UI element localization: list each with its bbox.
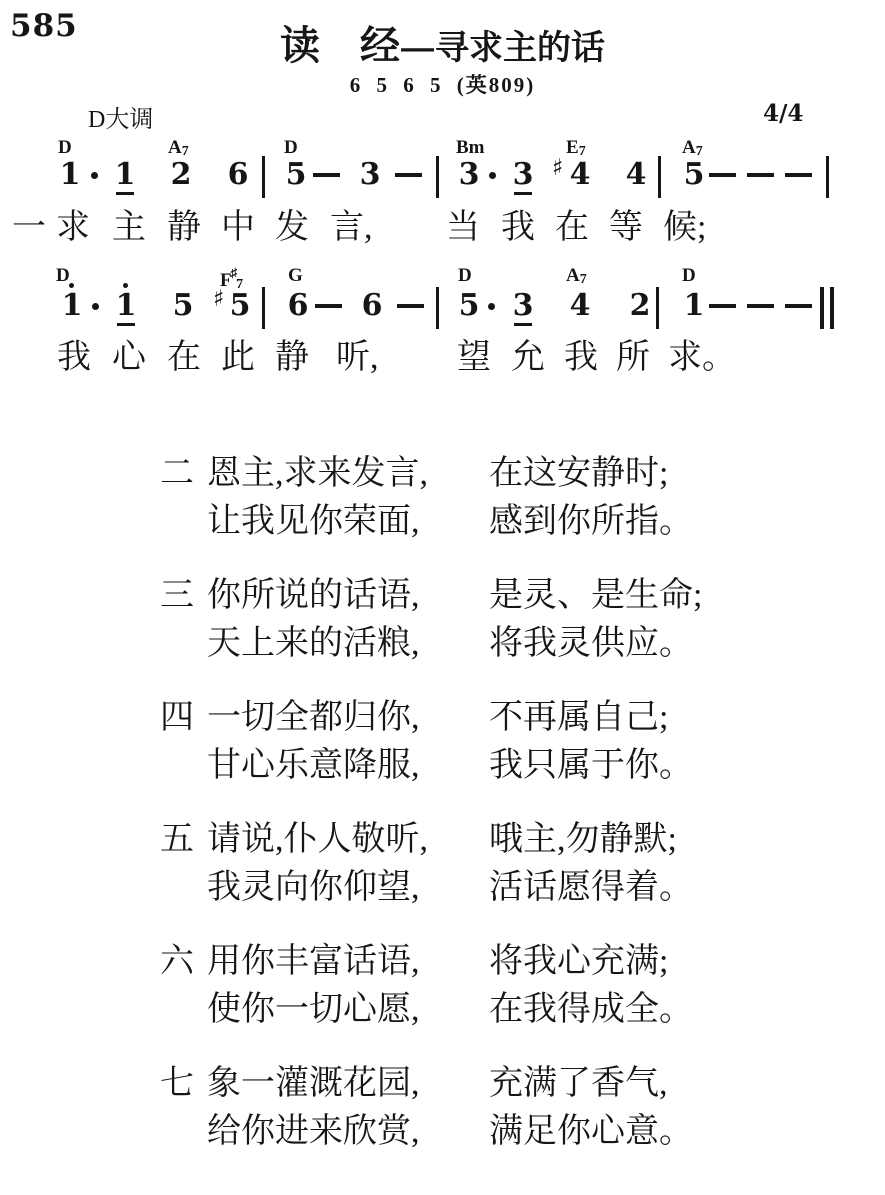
note: 4 [569,291,591,321]
note: 2 [170,160,192,190]
chord-label: G [288,266,303,287]
barline [658,156,661,198]
note-dash [395,173,422,177]
note: 5 [458,291,480,321]
note-eighth: 1 [114,160,136,190]
note-dash [785,304,812,308]
lyric-char: 主 [112,211,146,245]
verse-line: 不再属自己; [489,699,668,736]
sharp-accidental: ♯ [552,157,563,180]
augmentation-dot [488,303,495,310]
verse-line: 使你一切心愿, [207,991,420,1028]
verse-number: 二 [160,455,194,492]
title-main: 读 经 [280,24,400,68]
chord-label: D [458,266,472,287]
verse-line: 请说,仆人敬听, [207,821,428,858]
key-signature: D大调 [88,99,153,134]
verse-line: 我只属于你。 [489,747,693,784]
verse-line: 满足你心意。 [489,1113,693,1150]
note: 5 [229,291,251,321]
augmentation-dot [92,303,99,310]
verse-line: 将我灵供应。 [489,625,693,662]
barline [436,156,439,198]
page-title: 读 经—寻求主的话 [0,14,885,71]
lyric-char: 允 [511,341,545,375]
lyric-char: 静 [275,341,309,375]
lyric-char: 我 [564,341,598,375]
note: 5 [683,160,705,190]
verse-line: 哦主,勿静默; [489,821,677,858]
verse-line: 象一灌溉花园, [207,1065,420,1102]
lyric-char: 听, [336,341,379,375]
note: 1 [683,291,705,321]
final-double-barline [820,287,834,329]
note: 3 [359,160,381,190]
note: 6 [361,291,383,321]
verse-line: 甘心乐意降服, [207,747,420,784]
note: 4 [569,160,591,190]
sharp-accidental: ♯ [213,288,224,311]
note-high-octave-eighth: 1 [115,291,137,321]
barline [262,156,265,198]
verse-line: 是灵、是生命; [489,577,702,614]
verse-line: 恩主,求来发言, [207,455,428,492]
note-eighth: 3 [512,160,534,190]
chord-label: D [682,266,696,287]
verse-line: 感到你所指。 [489,503,693,540]
barline [826,156,829,198]
time-signature: 4/4 [763,100,803,127]
verse-line: 给你进来欣赏, [207,1113,420,1150]
hymn-page: 585 读 经—寻求主的话 6 5 6 5 (英809) D大调 4/4 D A… [0,0,885,1195]
verse-line: 充满了香气, [489,1065,668,1102]
verse-line: 用你丰富话语, [207,943,420,980]
note-dash [313,173,340,177]
note: 3 [458,160,480,190]
lyric-char: 我 [501,211,535,245]
lyric-char: 言, [330,211,373,245]
barline [436,287,439,329]
verse-line: 天上来的活粮, [207,625,420,662]
note: 4 [625,160,647,190]
note: 1 [59,160,81,190]
verse-line: 一切全都归你, [207,699,420,736]
verse-line: 在这安静时; [489,455,668,492]
chord-label: D [58,138,72,159]
meter-info: 6 5 6 5 (英809) [0,69,885,99]
chord-label: A7 [682,138,703,159]
lyric-char: 发 [275,211,309,245]
lyric-char: 我 [57,341,91,375]
verse-number: 三 [160,577,194,614]
lyric-char: 求 [56,211,90,245]
augmentation-dot [91,172,98,179]
note-dash [709,173,736,177]
barline [262,287,265,329]
chord-label: A7 [566,266,587,287]
note-dash [747,304,774,308]
lyric-char: 求。 [668,341,736,375]
note-dash [397,304,424,308]
chord-label: A7 [168,138,189,159]
verse-line: 你所说的话语, [207,577,420,614]
note-dash [747,173,774,177]
verse-line: 我灵向你仰望, [207,869,420,906]
verse-number: 五 [160,821,194,858]
lyric-char: 候; [663,211,706,245]
lyric-char: 静 [167,211,201,245]
note-dash [315,304,342,308]
lyric-char: 当 [446,211,480,245]
verse-line: 将我心充满; [489,943,668,980]
verse-number: 六 [160,943,194,980]
augmentation-dot [489,172,496,179]
lyric-char: 中 [221,211,255,245]
lyric-char: 望 [457,341,491,375]
verse-line: 在我得成全。 [489,991,693,1028]
lyric-char: 所 [616,341,650,375]
verse1-number: 一 [12,211,46,245]
note-high-octave: 1 [61,291,83,321]
chord-label: E7 [566,138,586,159]
chord-label: D [56,266,70,287]
note-dash [785,173,812,177]
lyric-char: 等 [609,211,643,245]
title-dash: — [401,29,434,66]
note: 6 [227,160,249,190]
lyric-char: 此 [221,341,255,375]
lyric-char: 在 [555,211,589,245]
lyric-char: 心 [112,341,146,375]
title-subtitle: 寻求主的话 [435,29,605,67]
note: 2 [629,291,651,321]
lyric-char: 在 [167,341,201,375]
verse-line: 让我见你荣面, [207,503,420,540]
note: 5 [172,291,194,321]
chord-label: Bm [456,138,485,159]
chord-label: D [284,138,298,159]
note: 5 [285,160,307,190]
verse-number: 四 [160,699,194,736]
verse-number: 七 [160,1065,194,1102]
note-eighth: 3 [512,291,534,321]
verse-line: 活话愿得着。 [489,869,693,906]
note-dash [709,304,736,308]
note: 6 [287,291,309,321]
barline [656,287,659,329]
